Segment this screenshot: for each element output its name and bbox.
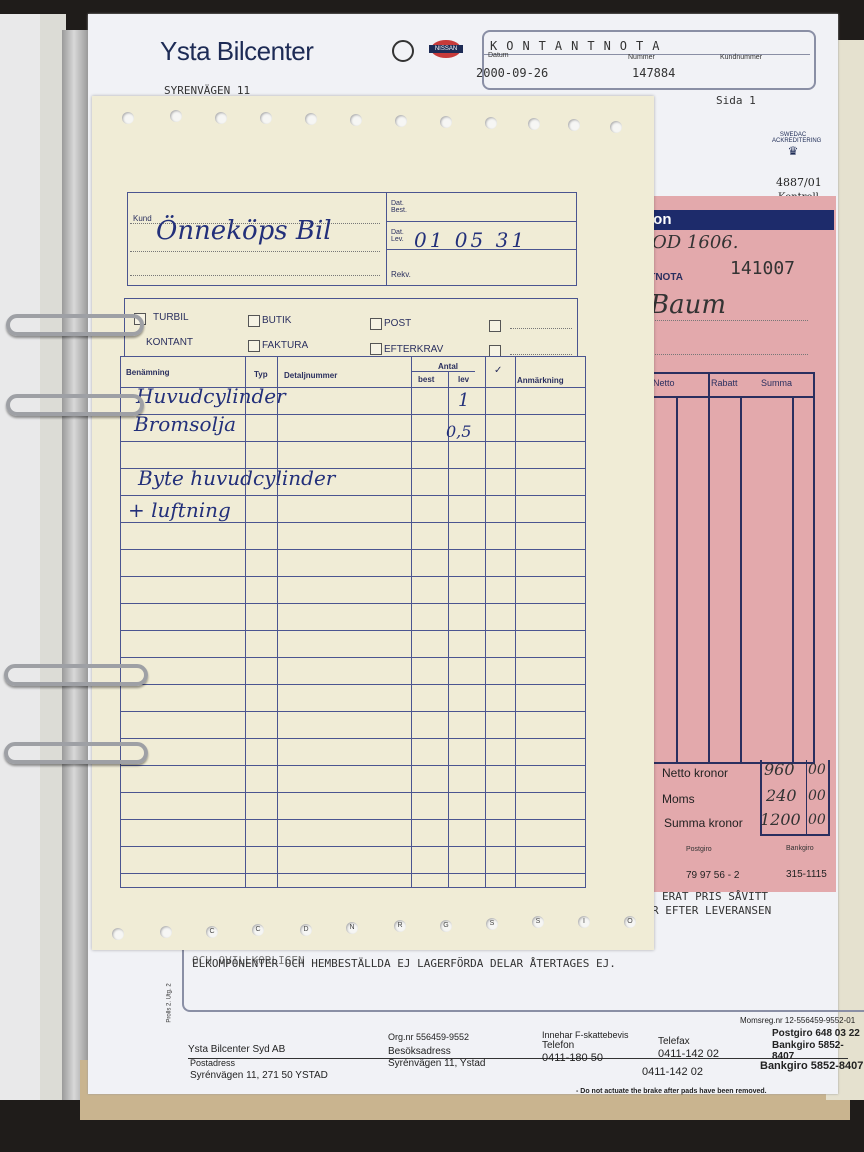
- footer-postgiro: Postgiro 648 03 22: [772, 1028, 860, 1039]
- tractor-hole-letter: G: [440, 920, 452, 932]
- extra-option-line: [510, 354, 572, 355]
- footer-phone: 0411-180 50: [542, 1052, 603, 1064]
- accreditation-code: 4887/01: [776, 176, 822, 189]
- binder-ring: [6, 314, 144, 336]
- footer-bankgiro-duplicate: Bankgiro 5852-8407: [760, 1060, 863, 1072]
- footer-company: Ysta Bilcenter Syd AB: [188, 1044, 285, 1055]
- postgiro-label: Postgiro: [686, 846, 712, 853]
- dotted-line: [648, 354, 808, 355]
- date-label: Datum: [488, 52, 509, 59]
- tractor-hole: [170, 110, 182, 122]
- tractor-hole-letter: R: [394, 920, 406, 932]
- bankgiro-label: Bankgiro: [786, 845, 814, 852]
- footer-orgnr: Org.nr 556459-9552: [388, 1032, 469, 1042]
- tractor-hole: [485, 117, 497, 129]
- postgiro-number: 79 97 56 - 2: [686, 870, 739, 881]
- footer-phone-label: Telefon: [542, 1040, 574, 1051]
- tractor-hole: [260, 112, 272, 124]
- faktura-checkbox[interactable]: [248, 340, 260, 352]
- footer-fax: 0411-142 02: [658, 1048, 719, 1060]
- footer-postal-address: Syrénvägen 11, 271 50 YSTAD: [190, 1070, 328, 1081]
- tractor-hole: [350, 114, 362, 126]
- pink-header-bar: tion: [640, 210, 834, 230]
- tractor-hole-letter: O: [624, 916, 636, 928]
- tractor-hole: [440, 116, 452, 128]
- pink-price-table: Netto Rabatt Summa: [645, 372, 815, 764]
- footer-fax-duplicate: 0411-142 02: [642, 1066, 703, 1078]
- column-antal: Antal: [438, 362, 458, 371]
- kontant-label: KONTANT: [146, 337, 193, 348]
- tractor-hole: [215, 112, 227, 124]
- faktura-label: FAKTURA: [262, 340, 308, 351]
- invoice-date: 2000-09-26: [476, 66, 548, 80]
- tractor-hole-letter: C: [206, 926, 218, 938]
- nissan-logo-icon: NISSAN: [431, 40, 461, 58]
- tractor-hole: [528, 118, 540, 130]
- footer-ftax: Innehar F-skattebevis: [542, 1030, 629, 1040]
- column-rabatt: Rabatt: [711, 378, 738, 388]
- column-benamning: Benämning: [126, 368, 170, 377]
- brake-warning-note: - Do not actuate the brake after pads ha…: [576, 1088, 767, 1095]
- rekv-label: Rekv.: [391, 270, 411, 279]
- tractor-hole: [122, 112, 134, 124]
- terms-line-1: ERAT PRIS SÅVITT: [662, 890, 768, 903]
- total-label-summa: Summa kronor: [664, 816, 743, 830]
- swedac-accreditation-seal: SWEDAC ACKREDITERING ♛: [772, 130, 814, 172]
- total-summa-kr: 1200: [760, 810, 801, 829]
- pink-receipt-number: 141007: [730, 258, 795, 279]
- seal-ring-text: SWEDAC ACKREDITERING: [772, 132, 814, 144]
- pink-customer-name: Baum: [650, 290, 726, 320]
- footer-visit-address: Syrénvägen 11, Ystad: [388, 1058, 485, 1069]
- efterkrav-label: EFTERKRAV: [384, 344, 443, 355]
- kund-value: Önneköps Bil: [156, 216, 332, 246]
- turbil-label: TURBIL: [153, 312, 189, 323]
- total-moms-ore: 00: [808, 788, 826, 804]
- tractor-hole: [568, 119, 580, 131]
- dat-lev-value: 01 05 31: [414, 228, 527, 252]
- tractor-hole: [395, 115, 407, 127]
- efterkrav-checkbox[interactable]: [370, 343, 382, 355]
- total-label-netto: Netto kronor: [662, 766, 728, 780]
- tractor-hole-letter: N: [346, 922, 358, 934]
- binder-ring: [4, 742, 148, 764]
- footer-fax-label: Telefax: [658, 1036, 690, 1047]
- mercedes-star-icon: [392, 40, 414, 62]
- total-netto-kr: 960: [764, 760, 795, 779]
- row-2-benamning: Bromsolja: [134, 412, 236, 436]
- page-number: Sida 1: [716, 94, 756, 107]
- pink-handwritten-date: OD 1606.: [652, 232, 738, 253]
- footer-bankgiro: Bankgiro 5852-8407: [772, 1040, 864, 1062]
- column-lev: lev: [458, 375, 469, 384]
- form-code: Prolls 2. Utg. 2: [167, 983, 173, 1022]
- extra-option-line: [510, 328, 572, 329]
- total-netto-ore: 00: [808, 762, 826, 778]
- footer-postal-label: Postadress: [190, 1058, 235, 1068]
- binder-ring: [4, 664, 148, 686]
- row-2-lev: 0,5: [446, 422, 471, 441]
- tractor-hole: [305, 113, 317, 125]
- footer-visit-label: Besöksadress: [388, 1046, 451, 1057]
- column-summa: Summa: [761, 378, 792, 388]
- butik-label: BUTIK: [262, 315, 291, 326]
- terms-line-2: R EFTER LEVERANSEN: [652, 904, 771, 917]
- extra-checkbox-1[interactable]: [489, 320, 501, 332]
- invoice-number: 147884: [632, 66, 675, 80]
- dotted-line: [648, 320, 808, 321]
- column-anmarkning: Anmärkning: [517, 376, 564, 385]
- number-label: Nummer: [628, 54, 655, 61]
- tractor-hole: [160, 926, 172, 938]
- tractor-hole-letter: S: [532, 916, 544, 928]
- column-typ: Typ: [254, 370, 268, 379]
- row-4-benamning: Byte huvudcylinder: [138, 466, 335, 490]
- company-logo: Ysta Bilcenter: [160, 36, 313, 67]
- column-detaljnummer: Detaljnummer: [284, 371, 337, 380]
- kund-label: Kund: [133, 214, 152, 223]
- bankgiro-number: 315-1115: [786, 869, 827, 880]
- column-netto: Netto: [653, 378, 675, 388]
- row-5-benamning: + luftning: [128, 498, 231, 522]
- dat-best-label: Dat. Best.: [391, 200, 415, 214]
- butik-checkbox[interactable]: [248, 315, 260, 327]
- total-summa-ore: 00: [808, 812, 826, 828]
- tractor-hole-letter: D: [300, 924, 312, 936]
- tractor-hole-letter: S: [486, 918, 498, 930]
- binder-ring: [6, 394, 144, 416]
- column-check: ✓: [494, 365, 502, 376]
- tractor-hole: [610, 121, 622, 133]
- footer-rule: [188, 1058, 848, 1059]
- tractor-hole-letter: I: [578, 916, 590, 928]
- terms-box: [182, 944, 864, 1012]
- row-1-lev: 1: [458, 390, 469, 411]
- dat-lev-label: Dat. Lev.: [391, 229, 415, 243]
- post-label: POST: [384, 318, 411, 329]
- tractor-hole-letter: C: [252, 924, 264, 936]
- invoice-title: KONTANTNOTA: [490, 39, 668, 53]
- column-best: best: [418, 375, 434, 384]
- customer-number-label: Kundnummer: [720, 54, 762, 61]
- tractor-hole: [112, 928, 124, 940]
- crown-icon: ♛: [772, 144, 814, 158]
- footer-vat: Momsreg.nr 12-556459-9552-01: [740, 1016, 855, 1025]
- post-checkbox[interactable]: [370, 318, 382, 330]
- row-1-benamning: Huvudcylinder: [136, 384, 286, 408]
- total-label-moms: Moms: [662, 792, 695, 806]
- total-moms-kr: 240: [766, 786, 797, 805]
